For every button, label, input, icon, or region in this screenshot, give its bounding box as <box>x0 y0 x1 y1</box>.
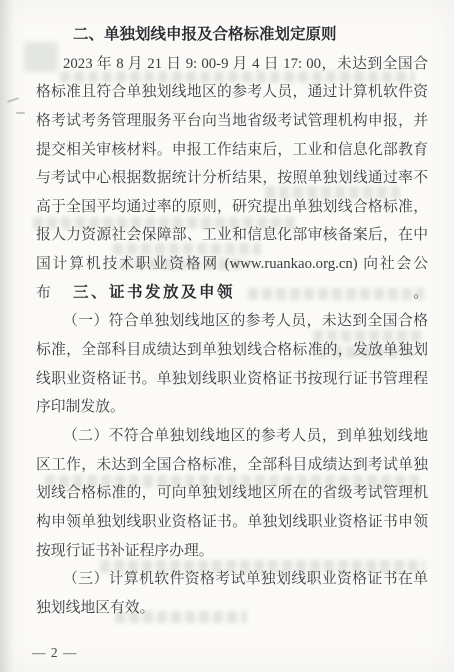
text-line: 国计算机技术职业资格网 (www.ruankao.org.cn) 向社会公布。 <box>36 250 428 279</box>
text-line: 按现行证书补证程序办理。 <box>36 537 428 566</box>
text-line: 格标准且符合单独划线地区的参考人员，通过计算机软件资 <box>36 78 428 107</box>
document-body: 二、单独划线申报及合格标准划定原则2023 年 8 月 21 日 9: 00-9… <box>36 21 428 622</box>
scanned-document-page: 二、单独划线申报及合格标准划定原则2023 年 8 月 21 日 9: 00-9… <box>0 0 454 672</box>
text-line: 构申领单独划线职业资格证书。单独划线职业资格证书申领 <box>36 508 428 537</box>
text-line: （二）不符合单独划线地区的参考人员，到单独划线地 <box>36 422 428 451</box>
text-line: 2023 年 8 月 21 日 9: 00-9 月 4 日 17: 00，未达到… <box>36 50 428 79</box>
text-line: 标准，全部科目成绩达到单独划线合格标准的，发放单独划 <box>36 336 428 365</box>
scan-edge-shadow <box>0 0 14 672</box>
text-line: 与考试中心根据数据统计分析结果，按照单独划线通过率不 <box>36 164 428 193</box>
text-line: 线职业资格证书。单独划线职业资格证书按现行证书管理程 <box>36 365 428 394</box>
text-line: 格考试考务管理服务平台向当地省级考试管理机构申报，并 <box>36 107 428 136</box>
text-line: 区工作，未达到全国合格标准，全部科目成绩达到考试单独 <box>36 451 428 480</box>
text-line: 序印制发放。 <box>36 393 428 422</box>
scan-speck <box>7 97 19 103</box>
text-line: 高于全国平均通过率的原则，研究提出单独划线合格标准， <box>36 193 428 222</box>
text-line: 独划线地区有效。 <box>36 594 428 623</box>
text-line: （三）计算机软件资格考试单独划线职业资格证书在单 <box>36 565 428 594</box>
section-heading: 二、单独划线申报及合格标准划定原则 <box>36 21 428 50</box>
text-line: 划线合格标准的，可向单独划线地区所在的省级考试管理机 <box>36 479 428 508</box>
scan-speck <box>16 112 25 114</box>
text-line: 报人力资源社会保障部、工业和信息化部审核备案后，在中 <box>36 221 428 250</box>
page-number: — 2 — <box>32 645 78 661</box>
text-line: （一）符合单独划线地区的参考人员，未达到全国合格 <box>36 307 428 336</box>
text-line: 提交相关审核材料。申报工作结束后，工业和信息化部教育 <box>36 136 428 165</box>
